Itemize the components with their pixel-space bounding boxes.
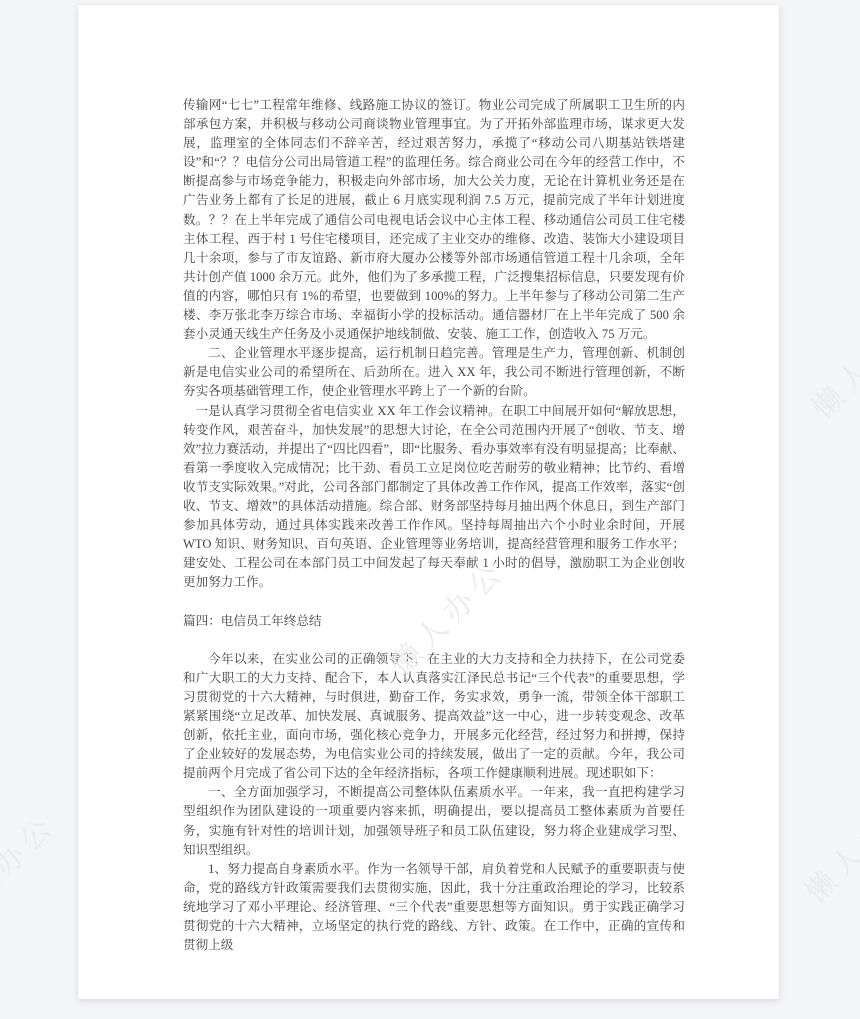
document-body: 传输网“七七”工程常年维修、线路施工协议的签订。物业公司完成了所属职工卫生所的内… (183, 96, 685, 955)
document-page: 传输网“七七”工程常年维修、线路施工协议的签订。物业公司完成了所属职工卫生所的内… (78, 5, 779, 999)
paragraph: 二、企业管理水平逐步提高，运行机制日趋完善。管理是生产力，管理创新、机制创新是电… (183, 344, 685, 401)
watermark: 懒人办公 (793, 775, 860, 911)
watermark: 懒人办公 (800, 291, 860, 427)
paragraph: 今年以来，在实业公司的正确领导下，在主业的大力支持和全力扶持下，在公司党委和广大… (183, 650, 685, 784)
paragraph: 一、全方面加强学习，不断提高公司整体队伍素质水平。一年来，我一直把构建学习型组织… (183, 783, 685, 859)
document-viewer-background: 传输网“七七”工程常年维修、线路施工协议的签订。物业公司完成了所属职工卫生所的内… (0, 0, 860, 1019)
paragraph: 1、努力提高自身素质水平。作为一名领导干部，肩负着党和人民赋予的重要职责与使命，… (183, 860, 685, 955)
paragraph: 一是认真学习贯彻全省电信实业 XX 年工作会议精神。在职工中间展开如何“解放思想… (183, 402, 685, 593)
watermark: 懒人办公 (0, 801, 65, 937)
section-heading: 篇四：电信员工年终总结 (183, 612, 685, 631)
paragraph: 传输网“七七”工程常年维修、线路施工协议的签订。物业公司完成了所属职工卫生所的内… (183, 96, 685, 344)
